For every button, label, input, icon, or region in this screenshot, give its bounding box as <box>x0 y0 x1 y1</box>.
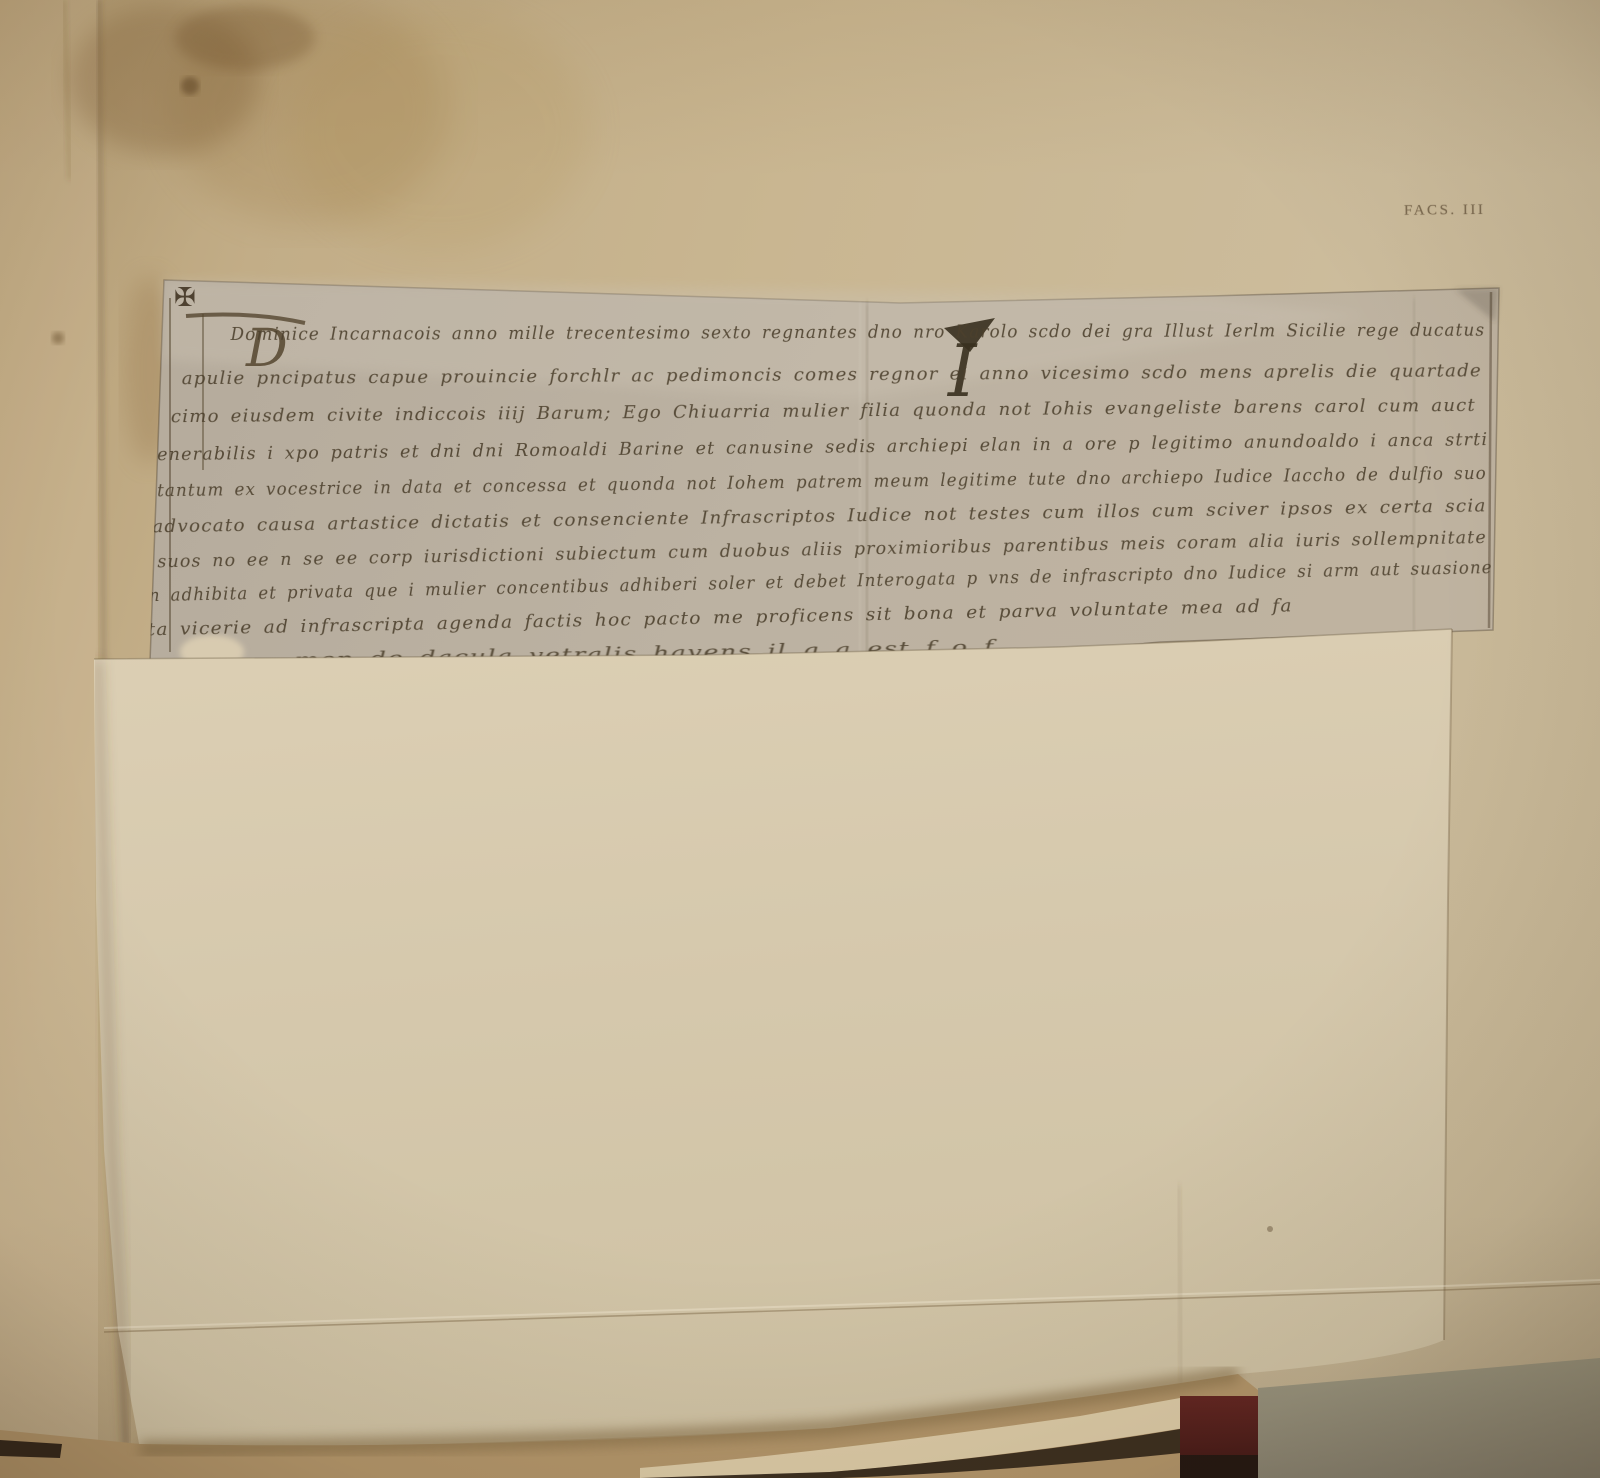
facsimile-crease-left-highlight <box>859 302 861 656</box>
book-cover-corner <box>1180 1396 1258 1458</box>
overlay-sheet <box>94 629 1452 1449</box>
facsimile-crease-left <box>866 302 868 656</box>
opening-initial: D <box>245 319 288 379</box>
facsimile-corner-shadow <box>1455 288 1499 322</box>
manuscript-line: apulie pncipatus capue prouincie forchlr… <box>182 360 1482 389</box>
page-fore-edge <box>640 1398 1184 1478</box>
vignette <box>0 0 1600 1478</box>
plate-label: FACS. III <box>1404 201 1544 219</box>
overlay-sheet-right-edge <box>1444 629 1452 1340</box>
foxing-stains <box>52 0 590 465</box>
book-photograph: ✠ D I Dominice Incarnacois anno mille tr… <box>0 0 1600 1478</box>
left-page-edge-line <box>64 0 70 180</box>
sheet-crease <box>104 1284 1600 1332</box>
left-page-strip <box>0 0 98 1478</box>
sheet-crease-highlight <box>104 1280 1600 1328</box>
page-and-facsimile-layer: ✠ D I <box>0 0 1600 1478</box>
facsimile-light-area <box>164 280 1365 400</box>
facsimile-crease-right <box>1413 298 1415 634</box>
overlay-sheet-gutter-shadow <box>98 660 128 1450</box>
manuscript-line: venerabilis i xpo patris et dni dni Romo… <box>146 429 1488 465</box>
facsimile-strip: ✠ D I <box>150 280 1499 669</box>
manuscript-line: advocato causa artastice dictatis et con… <box>152 495 1487 537</box>
facsimile-tear-notch <box>180 635 244 669</box>
manuscript-line: men de dacula vetralis havens il q a est… <box>295 636 996 670</box>
notary-cross-icon: ✠ <box>174 283 196 313</box>
gutter-fold-line <box>99 0 126 1460</box>
board-dark-edge <box>640 1402 1258 1478</box>
margin-ruling-right <box>1489 292 1491 628</box>
table-surface <box>1258 1358 1600 1478</box>
manuscript-text: Dominice Incarnacois anno mille trecente… <box>0 0 1600 1478</box>
manuscript-line: suos no ee n se ee corp iurisdictioni su… <box>157 527 1487 572</box>
page-speck <box>1267 1226 1273 1232</box>
manuscript-line: Dominice Incarnacois anno mille trecente… <box>231 320 1486 345</box>
overlay-and-bottom-layer <box>0 0 1600 1478</box>
opening-initial-headstroke <box>186 315 305 323</box>
paragraph-initial-flag <box>944 318 995 352</box>
sheet-bottom-shadow <box>140 1374 1238 1449</box>
left-board-notch <box>0 1440 62 1458</box>
bottom-board-tan <box>0 1374 1258 1478</box>
overlay-sheet-top-edge <box>94 629 1452 659</box>
manuscript-line: ta vicerie ad infrascripta agenda factis… <box>147 595 1293 640</box>
sheet-vertical-crease <box>1178 1185 1182 1385</box>
manuscript-line: in adhibita et privata que i mulier conc… <box>142 557 1492 606</box>
book-cover-corner-shadow <box>1180 1455 1258 1478</box>
manuscript-line: cimo eiusdem civite indiccois iiij Barum… <box>171 395 1476 427</box>
manuscript-line: tantum ex vocestrice in data et concessa… <box>157 463 1487 501</box>
paragraph-initial: I <box>946 329 978 413</box>
